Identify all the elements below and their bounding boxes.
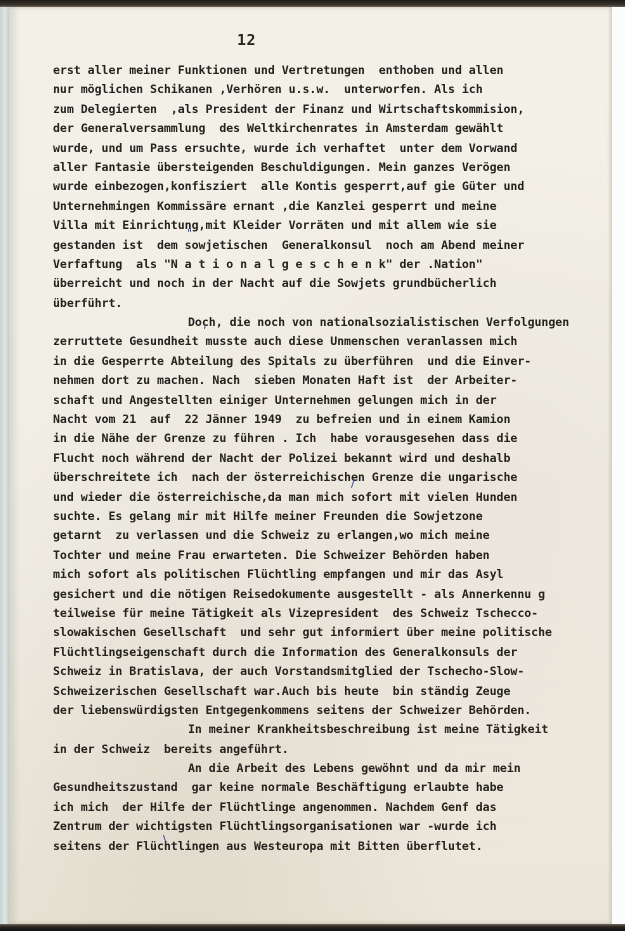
text-line: Verfaftung als "N a t i o n a l g e s c … (53, 255, 613, 274)
text-line: überschreitete ich nach der österreichis… (53, 468, 613, 487)
text-line: nur möglichen Schikanen ,Verhören u.s.w.… (53, 80, 613, 99)
text-line: Villa mit Einrichtung,mit Kleider Vorrät… (53, 216, 613, 235)
text-line: wurde, und um Pass ersuchte, wurde ich v… (53, 139, 613, 158)
scan-left-edge (0, 7, 9, 924)
text-line: gesichert und die nötigen Reisedokumente… (53, 585, 613, 604)
text-line: An die Arbeit des Lebens gewöhnt und da … (53, 759, 613, 778)
text-line: Nacht vom 21 auf 22 Jänner 1949 zu befre… (53, 410, 613, 429)
text-line: Schweiz in Bratislava, der auch Vorstand… (53, 662, 613, 681)
scan-bottom-edge (0, 924, 625, 931)
text-line: Zentrum der wichtigsten Flüchtlingsorgan… (53, 817, 613, 836)
typewritten-body: erst aller meiner Funktionen und Vertret… (53, 61, 613, 856)
text-line: in die Nähe der Grenze zu führen . Ich h… (53, 429, 613, 448)
scan-top-edge (0, 0, 625, 7)
scan-right-margin (612, 7, 625, 924)
text-line: Doch, die noch von nationalsozialistisch… (53, 313, 613, 332)
text-line: Flucht noch während der Nacht der Polize… (53, 449, 613, 468)
page-number: 12 (237, 31, 256, 49)
text-line: Unternehmingen Kommissäre ernant ,die Ka… (53, 197, 613, 216)
text-line: überführt. (53, 294, 613, 313)
text-line: Gesundheitszustand gar keine normale Bes… (53, 778, 613, 797)
text-line: mich sofort als politischen Flüchtling e… (53, 565, 613, 584)
text-line: slowakischen Gesellschaft und sehr gut i… (53, 623, 613, 642)
text-line: ich mich der Hilfe der Flüchtlinge angen… (53, 798, 613, 817)
text-line: schaft und Angestellten einiger Unterneh… (53, 391, 613, 410)
text-line: zum Delegierten ,als President der Finan… (53, 100, 613, 119)
text-line: in die Gesperrte Abteilung des Spitals z… (53, 352, 613, 371)
text-line: nehmen dort zu machen. Nach sieben Monat… (53, 371, 613, 390)
pen-quote-mark: " (187, 227, 192, 240)
text-line: überreicht und noch in der Nacht auf die… (53, 274, 613, 293)
pen-correction-mark: \ (163, 833, 167, 846)
pen-tick-mark: / (351, 477, 355, 490)
text-line: teilweise für meine Tätigkeit als Vizepr… (53, 604, 613, 623)
pen-comma-mark: ‚ (203, 318, 207, 331)
text-line: Flüchtlingseigenschaft durch die Informa… (53, 643, 613, 662)
text-line: der Generalversammlung des Weltkirchenra… (53, 119, 613, 138)
text-line: Schweizerischen Gesellschaft war.Auch bi… (53, 682, 613, 701)
text-line: Tochter und meine Frau erwarteten. Die S… (53, 546, 613, 565)
text-line: wurde einbezogen,konfisziert alle Kontis… (53, 177, 613, 196)
text-line: getarnt zu verlassen und die Schweiz zu … (53, 526, 613, 545)
text-line: erst aller meiner Funktionen und Vertret… (53, 61, 613, 80)
text-line: zerruttete Gesundheit musste auch diese … (53, 332, 613, 351)
text-line: aller Fantasie übersteigenden Beschuldig… (53, 158, 613, 177)
text-line: der liebenswürdigsten Entgegenkommens se… (53, 701, 613, 720)
text-line: seitens der Flüchtlingen aus Westeuropa … (53, 837, 613, 856)
text-line: gestanden ist dem sowjetischen Generalko… (53, 236, 613, 255)
text-line: in der Schweiz bereits angeführt. (53, 740, 613, 759)
text-line: und wieder die österreichische,da man mi… (53, 488, 613, 507)
text-line: suchte. Es gelang mir mit Hilfe meiner F… (53, 507, 613, 526)
text-line: In meiner Krankheitsbeschreibung ist mei… (53, 720, 613, 739)
